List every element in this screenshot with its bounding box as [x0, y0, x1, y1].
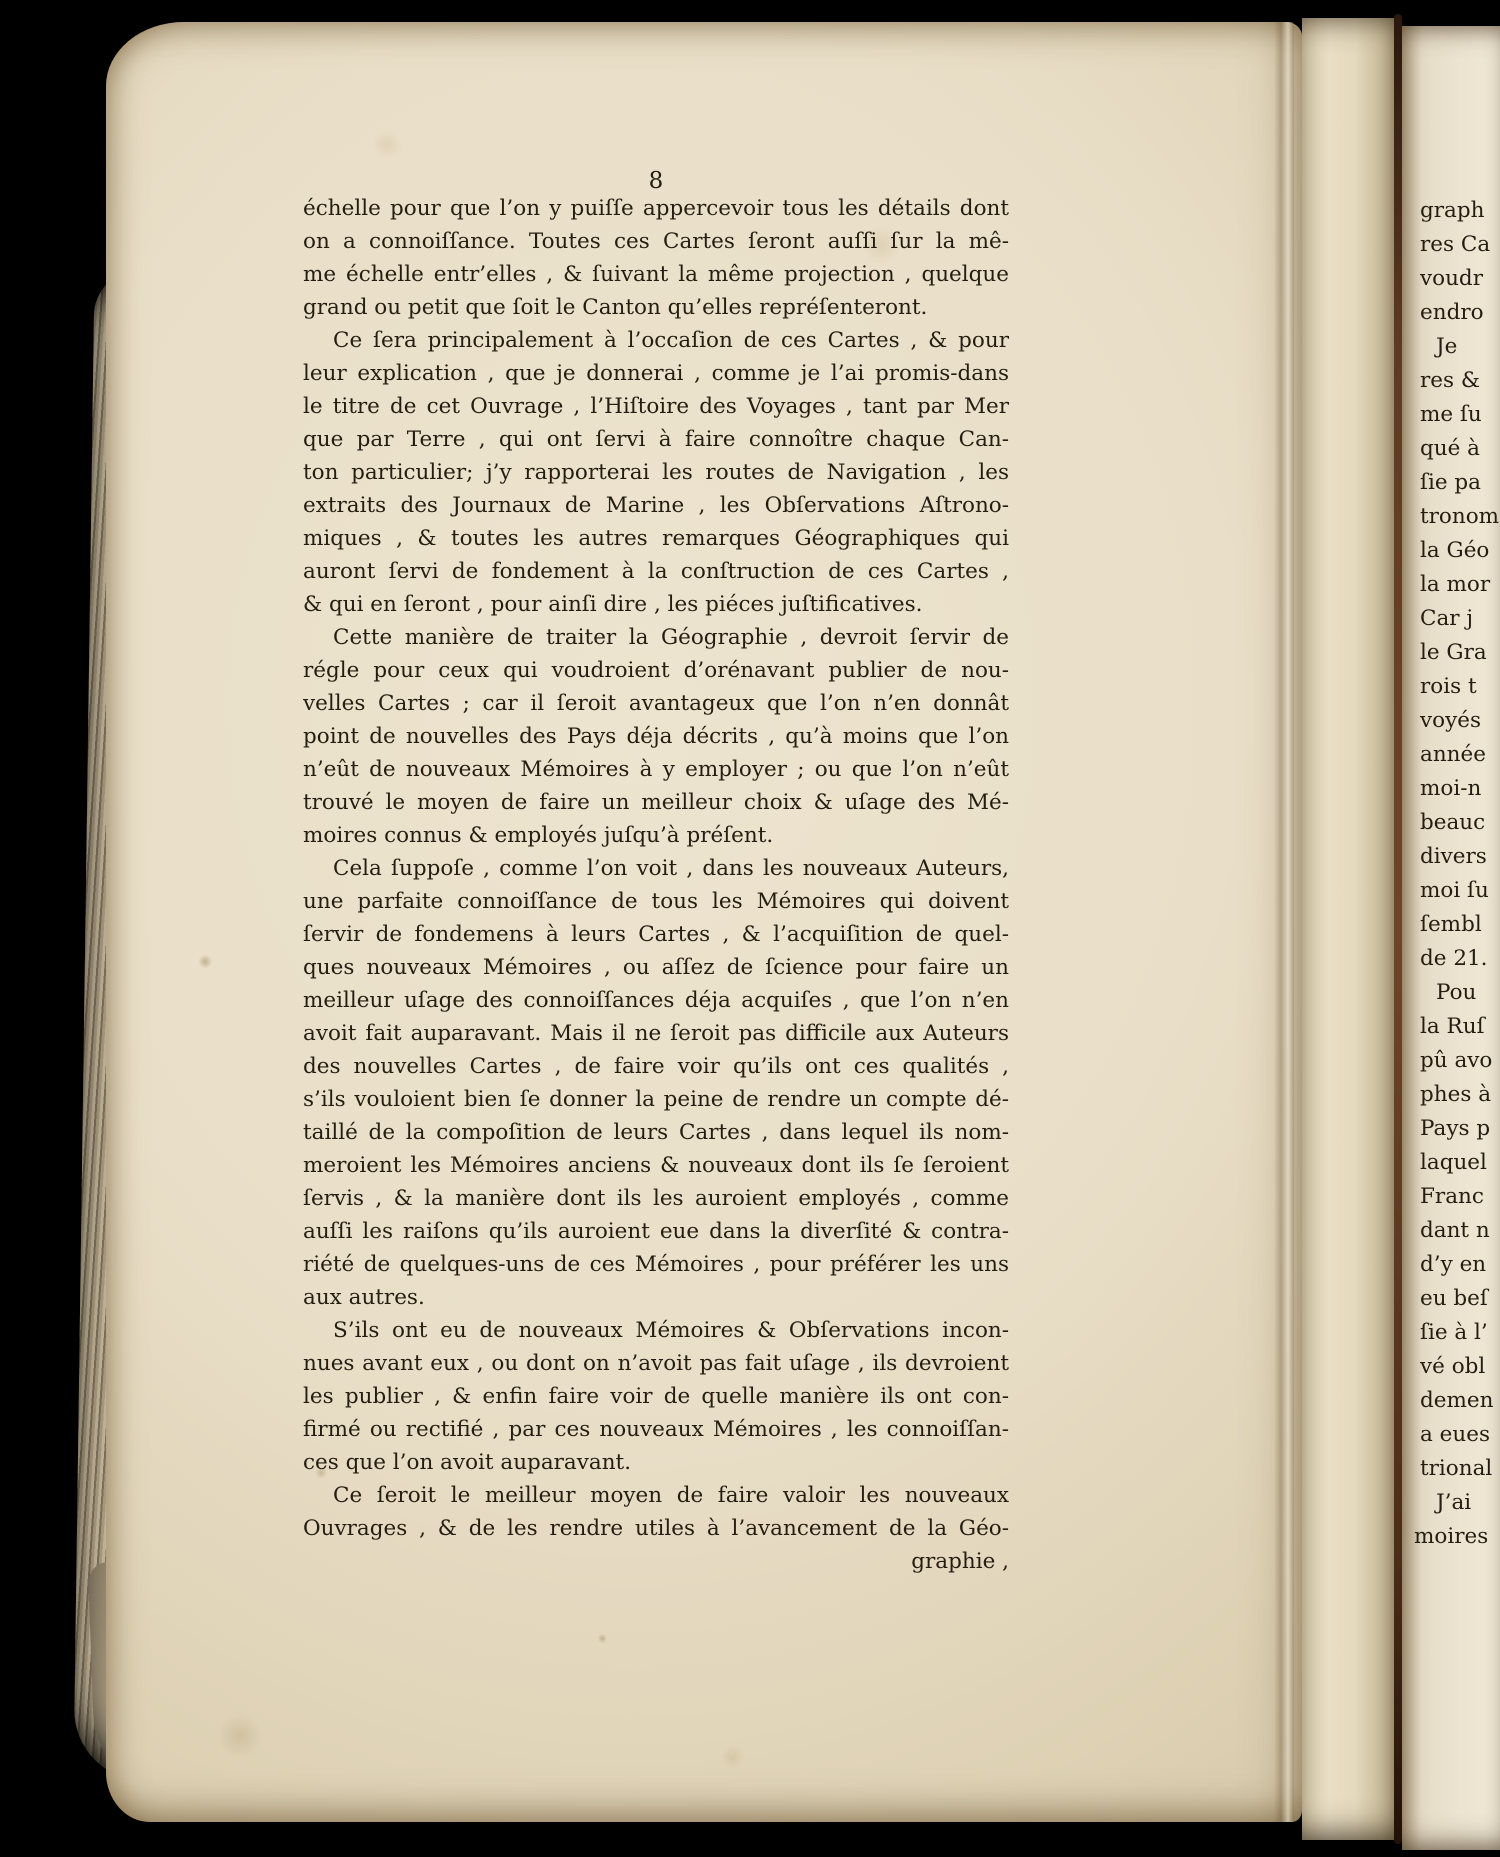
text-line: d’y en	[1420, 1248, 1499, 1282]
text-line: trional	[1420, 1452, 1499, 1486]
text-line: tronom	[1420, 500, 1499, 534]
text-line: pû avo	[1420, 1044, 1499, 1078]
text-line: Ouvrages , & de les rendre utiles à l’av…	[303, 1512, 1009, 1545]
text-line: velles Cartes ; car il ſeroit avantageux…	[303, 687, 1009, 720]
text-line: ſembl	[1420, 908, 1499, 942]
text-line: laquel	[1420, 1146, 1499, 1180]
text-line: ſie à l’	[1420, 1316, 1499, 1350]
text-line: ces que l’on avoit auparavant.	[303, 1446, 1009, 1479]
text-line: ſervis , & la manière dont ils les auroi…	[303, 1182, 1009, 1215]
right-page-text-column: graphres CavoudrendroJeres &me ſuqué àſi…	[1420, 194, 1499, 1554]
text-line: & qui en ſeront , pour ainſi dire , les …	[303, 588, 1009, 621]
text-line: on a connoiſſance. Toutes ces Cartes ſer…	[303, 225, 1009, 258]
text-line: moi-n	[1420, 772, 1499, 806]
text-line: ton particulier; j’y rapporterai les rou…	[303, 456, 1009, 489]
text-line: grand ou petit que ſoit le Canton qu’ell…	[303, 291, 1009, 324]
text-line: res &	[1420, 364, 1499, 398]
text-line: moi ſu	[1420, 874, 1499, 908]
text-line: Car j	[1420, 602, 1499, 636]
text-line: graphie ,	[303, 1545, 1009, 1578]
text-line: les publier , & enfin faire voir de quel…	[303, 1380, 1009, 1413]
text-line: Ce ſera principalement à l’occaſion de c…	[303, 324, 1009, 357]
text-line: Pou	[1420, 976, 1499, 1010]
text-line: S’ils ont eu de nouveaux Mémoires & Obſe…	[303, 1314, 1009, 1347]
text-line: me échelle entr’elles , & ſuivant la mêm…	[303, 258, 1009, 291]
text-line: Ce ſeroit le meilleur moyen de faire val…	[303, 1479, 1009, 1512]
text-line: firmé ou rectifié , par ces nouveaux Mém…	[303, 1413, 1009, 1446]
text-line: Cette manière de traiter la Géographie ,…	[303, 621, 1009, 654]
text-line: moires connus & employés juſqu’à préſent…	[303, 819, 1009, 852]
text-line: miques , & toutes les autres remarques G…	[303, 522, 1009, 555]
text-line: ſie pa	[1420, 466, 1499, 500]
text-line: auront ſervi de fondement à la conſtruct…	[303, 555, 1009, 588]
text-line: phes à	[1420, 1078, 1499, 1112]
text-line: taillé de la compoſition de leurs Cartes…	[303, 1116, 1009, 1149]
text-line: ques nouveaux Mémoires , ou aſſez de ſci…	[303, 951, 1009, 984]
text-line: divers	[1420, 840, 1499, 874]
right-page-fragment: graphres CavoudrendroJeres &me ſuqué àſi…	[1402, 26, 1500, 1850]
text-line: voyés	[1420, 704, 1499, 738]
text-line: avoit fait auparavant. Mais il ne ſeroit…	[303, 1017, 1009, 1050]
page-number: 8	[303, 168, 1009, 194]
text-line: beauc	[1420, 806, 1499, 840]
text-line: n’eût de nouveaux Mémoires à y employer …	[303, 753, 1009, 786]
text-line: rois t	[1420, 670, 1499, 704]
text-line: res Ca	[1420, 228, 1499, 262]
text-line: Je	[1420, 330, 1499, 364]
text-line: me ſu	[1420, 398, 1499, 432]
text-line: riété de quelques-uns de ces Mémoires , …	[303, 1248, 1009, 1281]
text-line: dant n	[1420, 1214, 1499, 1248]
text-line: demen	[1420, 1384, 1499, 1418]
text-line: année	[1420, 738, 1499, 772]
text-line: endro	[1420, 296, 1499, 330]
text-line: la Ruſ	[1420, 1010, 1499, 1044]
text-line: vé obl	[1420, 1350, 1499, 1384]
text-line: auſſi les raiſons qu’ils auroient eue da…	[303, 1215, 1009, 1248]
text-line: s’ils vouloient bien ſe donner la peine …	[303, 1083, 1009, 1116]
left-page: 8 échelle pour que l’on y puiſſe apperce…	[106, 22, 1302, 1822]
text-line: Pays p	[1420, 1112, 1499, 1146]
text-line: Franc	[1420, 1180, 1499, 1214]
text-line: meilleur uſage des connoiſſances déja ac…	[303, 984, 1009, 1017]
text-line: aux autres.	[303, 1281, 1009, 1314]
text-line: Cela ſuppoſe , comme l’on voit , dans le…	[303, 852, 1009, 885]
text-line: régle pour ceux qui voudroient d’orénava…	[303, 654, 1009, 687]
text-line: qué à	[1420, 432, 1499, 466]
text-line: des nouvelles Cartes , de faire voir qu’…	[303, 1050, 1009, 1083]
text-line: que par Terre , qui ont ſervi à faire co…	[303, 423, 1009, 456]
text-line: graph	[1420, 194, 1499, 228]
text-line: a eues	[1420, 1418, 1499, 1452]
text-line: de 21.	[1420, 942, 1499, 976]
text-line: la Géo	[1420, 534, 1499, 568]
text-line: J’ai	[1420, 1486, 1499, 1520]
text-line: la mor	[1420, 568, 1499, 602]
text-line: meroient les Mémoires anciens & nouveaux…	[303, 1149, 1009, 1182]
text-line: nues avant eux , ou dont on n’avoit pas …	[303, 1347, 1009, 1380]
text-line: voudr	[1420, 262, 1499, 296]
text-line: moires	[1414, 1520, 1499, 1554]
text-line: eu beſ	[1420, 1282, 1499, 1316]
text-line: le Gra	[1420, 636, 1499, 670]
page-text-block: échelle pour que l’on y puiſſe appercevo…	[303, 192, 1009, 1578]
text-line: le titre de cet Ouvrage , l’Hiſtoire des…	[303, 390, 1009, 423]
text-line: point de nouvelles des Pays déja décrits…	[303, 720, 1009, 753]
spine-edge-line	[1394, 14, 1402, 1844]
book-scan: 8 échelle pour que l’on y puiſſe apperce…	[0, 0, 1500, 1857]
text-line: leur explication , que je donnerai , com…	[303, 357, 1009, 390]
gutter-fold	[1302, 18, 1394, 1840]
text-line: extraits des Journaux de Marine , les Ob…	[303, 489, 1009, 522]
text-line: trouvé le moyen de faire un meilleur cho…	[303, 786, 1009, 819]
text-line: échelle pour que l’on y puiſſe appercevo…	[303, 192, 1009, 225]
text-line: une parfaite connoiſſance de tous les Mé…	[303, 885, 1009, 918]
text-line: ſervir de fondemens à leurs Cartes , & l…	[303, 918, 1009, 951]
